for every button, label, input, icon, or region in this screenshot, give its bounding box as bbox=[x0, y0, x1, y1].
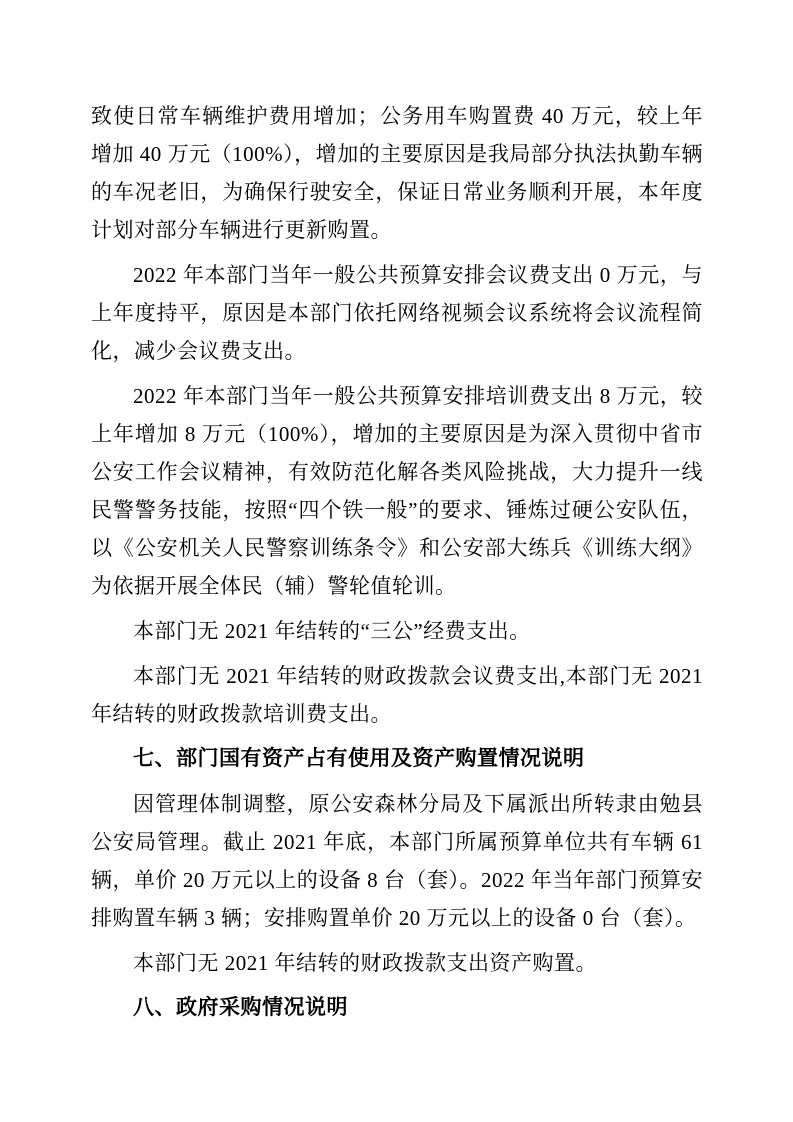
paragraph-no-carryover-three-public-funds: 本部门无 2021 年结转的“三公”经费支出。 bbox=[91, 612, 703, 650]
document-body: 致使日常车辆维护费用增加；公务用车购置费 40 万元，较上年增加 40 万元（1… bbox=[91, 97, 703, 1034]
paragraph-asset-usage-and-purchase: 因管理体制调整，原公安森林分局及下属派出所转隶由勉县公安局管理。截止 2021 … bbox=[91, 785, 703, 937]
document-page: 致使日常车辆维护费用增加；公务用车购置费 40 万元，较上年增加 40 万元（1… bbox=[0, 0, 793, 1122]
paragraph-meeting-expense-2022: 2022 年本部门当年一般公共预算安排会议费支出 0 万元，与上年度持平，原因是… bbox=[91, 256, 703, 370]
paragraph-no-carryover-meeting-training-expense: 本部门无 2021 年结转的财政拨款会议费支出,本部门无 2021 年结转的财政… bbox=[91, 657, 703, 733]
section-heading-government-procurement: 八、政府采购情况说明 bbox=[91, 989, 703, 1027]
paragraph-training-expense-2022: 2022 年本部门当年一般公共预算安排培训费支出 8 万元，较上年增加 8 万元… bbox=[91, 377, 703, 605]
section-heading-state-owned-assets: 七、部门国有资产占有使用及资产购置情况说明 bbox=[91, 740, 703, 778]
paragraph-no-carryover-asset-purchase: 本部门无 2021 年结转的财政拨款支出资产购置。 bbox=[91, 944, 703, 982]
paragraph-vehicle-purchase-expense: 致使日常车辆维护费用增加；公务用车购置费 40 万元，较上年增加 40 万元（1… bbox=[91, 97, 703, 249]
